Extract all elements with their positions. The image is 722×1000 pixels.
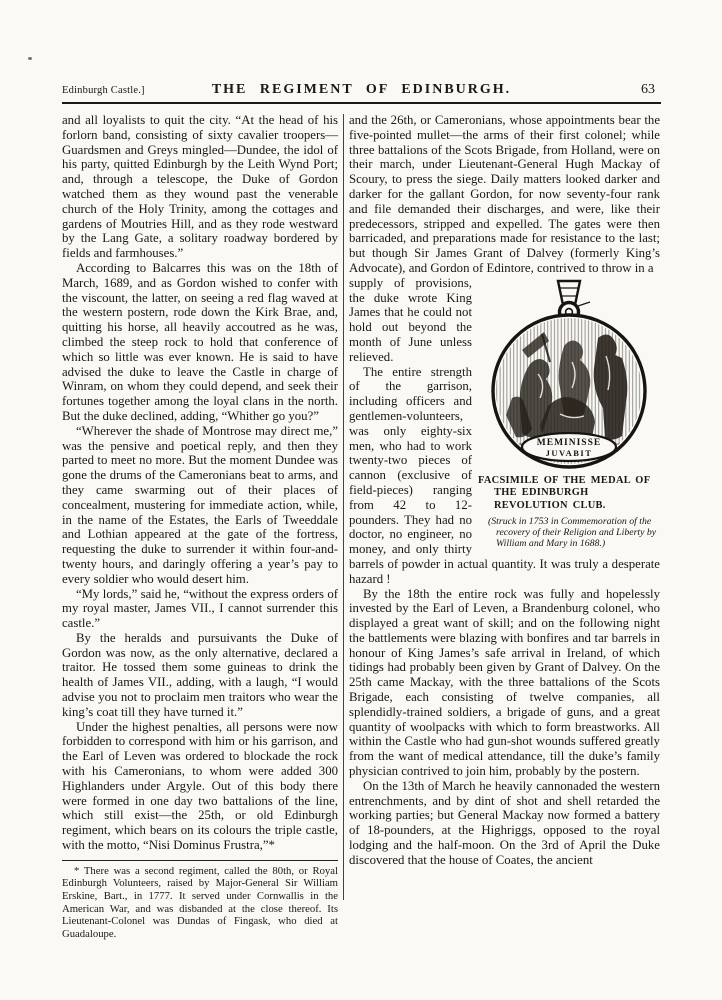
two-column-body: and all loyalists to quit the city. “At … [62,113,661,940]
paragraph: On the 13th of March he heavily cannonad… [349,779,660,868]
page-header: Edinburgh Castle.] THE REGIMENT OF EDINB… [62,82,661,98]
header-rule [62,102,661,104]
paragraph: and all loyalists to quit the city. “At … [62,113,338,261]
medal-motto-line1: MEMINISSE [537,438,601,448]
paragraph: Under the highest penalties, all persons… [62,720,338,853]
medal-motto-line2: JUVABIT [546,448,593,458]
medal-engraving-icon: MEMINISSE JUVABIT [478,278,660,470]
medal-caption: FACSIMILE OF THE MEDAL OF THE EDINBURGH … [478,475,660,550]
scan-artifact [28,57,32,60]
paragraph: According to Balcarres this was on the 1… [62,261,338,424]
book-page: Edinburgh Castle.] THE REGIMENT OF EDINB… [0,0,722,1000]
running-head: Edinburgh Castle.] [62,85,192,96]
paragraph: and the 26th, or Cameronians, whose appo… [349,113,660,276]
paragraph: By the heralds and pursuivants the Duke … [62,631,338,720]
paragraph: “My lords,” said he, “without the expres… [62,587,338,631]
medal-caption-title: FACSIMILE OF THE MEDAL OF THE EDINBURGH … [478,475,660,512]
footnote-rule [62,860,338,861]
column-rule [343,114,344,900]
page-number: 63 [531,82,661,98]
medal-caption-note: (Struck in 1753 in Commemoration of the … [478,516,660,550]
paragraph: By the 18th the entire rock was fully an… [349,587,660,779]
medal-figure: MEMINISSE JUVABIT FACSIMILE OF THE MEDAL… [478,278,660,550]
page-title: THE REGIMENT OF EDINBURGH. [192,82,531,98]
right-column: and the 26th, or Cameronians, whose appo… [349,113,660,940]
footnote: * There was a second regiment, called th… [62,865,338,941]
left-column: and all loyalists to quit the city. “At … [62,113,338,940]
paragraph: “Wherever the shade of Montrose may dire… [62,424,338,587]
